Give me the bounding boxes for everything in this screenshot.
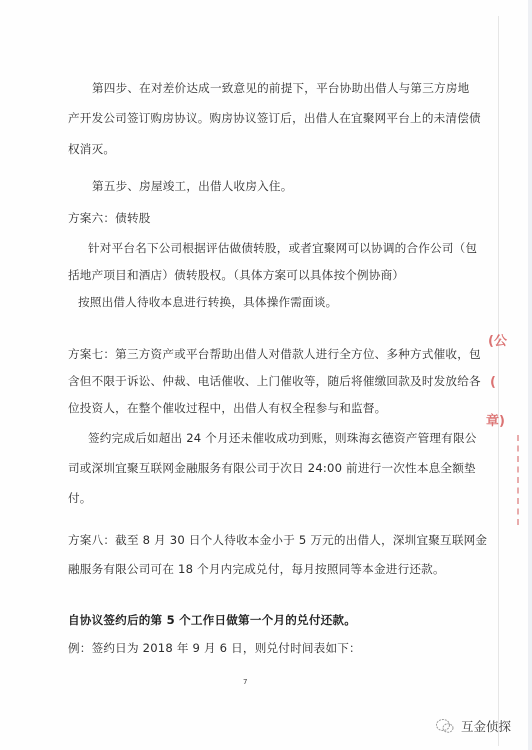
wechat-icon xyxy=(435,718,455,734)
seal-fragment-middle: ( xyxy=(490,375,496,390)
plan7-guarantee-line-3: 付。 xyxy=(68,490,92,506)
plan7-line-2: 含但不限于诉讼、仲裁、电话催收、上门催收等，随后将催缴回款及时发放给各 xyxy=(68,373,481,389)
plan7-guarantee-line-1: 签约完成后如超出 24 个月还未催收成功到账，则珠海玄德资产管理有限公 xyxy=(88,430,477,446)
plan7-line-3: 位投资人，在整个催收过程中，出借人有权全程参与和监督。 xyxy=(68,400,386,416)
seal-fragment-bottom: 章) xyxy=(486,410,505,429)
plan8-line-2: 融服务有限公司可在 18 个月内完成兑付，每月按照同等本金进行还款。 xyxy=(68,561,445,577)
document-page: 第四步、在对差价达成一致意见的前提下，平台协助出借人与第三方房地 产开发公司签订… xyxy=(0,0,528,750)
seal-edge-mark xyxy=(517,435,523,525)
scan-fold-line xyxy=(498,16,499,746)
plan6-line-3: 按照出借人待收本息进行转换，具体操作需面谈。 xyxy=(78,294,337,310)
repayment-note: 自协议签约后的第 5 个工作日做第一个月的兑付还款。 xyxy=(68,612,356,628)
step4-line-3: 权消灭。 xyxy=(68,141,115,157)
plan6-line-1: 针对平台名下公司根据评估做债转股，或者宜聚网可以协调的合作公司（包 xyxy=(88,240,477,256)
plan6-line-2: 括地产项目和酒店）债转股权。（具体方案可以具体按个例协商） xyxy=(68,267,404,283)
plan8-line-1: 方案八：截至 8 月 30 日个人待收本金小于 5 万元的出借人，深圳宜聚互联网… xyxy=(68,532,487,548)
watermark-label: 互金侦探 xyxy=(461,717,511,735)
step5-text: 第五步、房屋竣工，出借人收房入住。 xyxy=(92,178,293,194)
wechat-watermark: 互金侦探 xyxy=(435,717,511,735)
right-edge-border xyxy=(528,0,532,750)
plan7-line-1: 方案七：第三方资产或平台帮助出借人对借款人进行全方位、多种方式催收，包 xyxy=(68,346,481,362)
example-line: 例：签约日为 2018 年 9 月 6 日，则兑付时间表如下： xyxy=(68,640,361,656)
plan6-title: 方案六：债转股 xyxy=(68,210,151,226)
plan7-guarantee-line-2: 司或深圳宜聚互联网金融服务有限公司于次日 24:00 前进行一次性本息全额垫 xyxy=(68,460,476,476)
step4-line-2: 产开发公司签订购房协议。购房协议签订后，出借人在宜聚网平台上的未清偿债 xyxy=(68,110,481,126)
step4-line-1: 第四步、在对差价达成一致意见的前提下，平台协助出借人与第三方房地 xyxy=(92,80,469,96)
seal-fragment-top: (公 xyxy=(488,330,507,349)
page-number: 7 xyxy=(243,678,247,686)
